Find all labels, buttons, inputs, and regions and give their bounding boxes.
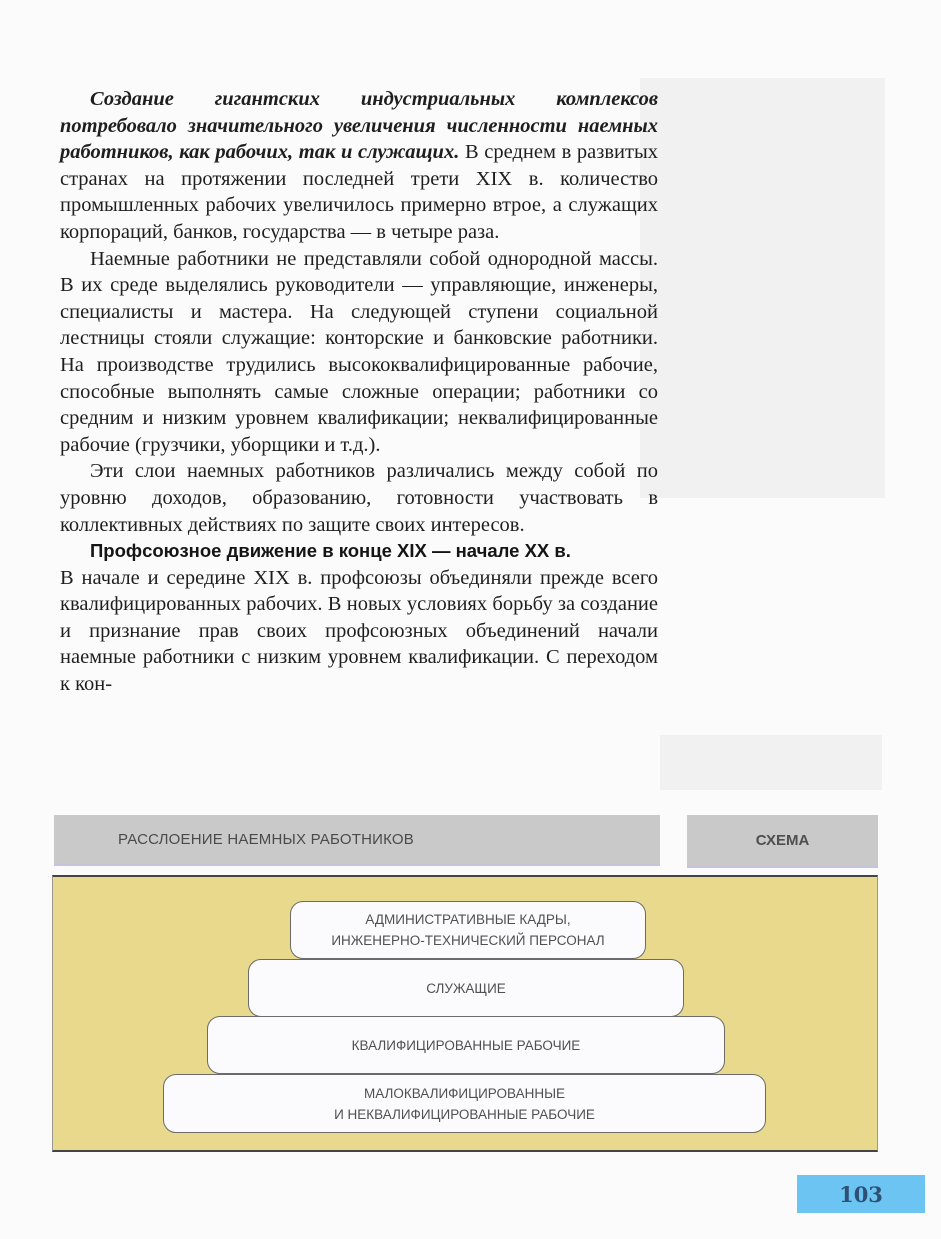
page-number: 103 — [797, 1175, 925, 1213]
diagram-title: РАССЛОЕНИЕ НАЕМНЫХ РАБОТНИКОВ — [118, 831, 414, 848]
paragraph-4: В начале и середине XIX в. профсоюзы объ… — [60, 565, 658, 698]
tier-label: АДМИНИСТРАТИВНЫЕ КАДРЫ, ИНЖЕНЕРНО-ТЕХНИЧ… — [331, 909, 604, 951]
body-text-column: Создание гигантских индустриальных компл… — [60, 86, 658, 698]
section-subheading: Профсоюзное движение в конце XIX — начал… — [60, 538, 658, 565]
tier-label: СЛУЖАЩИЕ — [426, 978, 506, 999]
paragraph-2: Наемные работники не представляли собой … — [60, 246, 658, 459]
pyramid-tier-employees: СЛУЖАЩИЕ — [248, 959, 684, 1017]
diagram-title-bar: РАССЛОЕНИЕ НАЕМНЫХ РАБОТНИКОВ — [54, 815, 660, 866]
tier-label: МАЛОКВАЛИФИЦИРОВАННЫЕ И НЕКВАЛИФИЦИРОВАН… — [334, 1083, 595, 1125]
scan-background-shade — [660, 735, 882, 790]
tier-label: КВАЛИФИЦИРОВАННЫЕ РАБОЧИЕ — [352, 1035, 581, 1056]
pyramid-tier-skilled-workers: КВАЛИФИЦИРОВАННЫЕ РАБОЧИЕ — [207, 1016, 725, 1074]
pyramid-tier-administrative: АДМИНИСТРАТИВНЫЕ КАДРЫ, ИНЖЕНЕРНО-ТЕХНИЧ… — [290, 901, 646, 959]
page-number-label: 103 — [839, 1182, 883, 1207]
scan-background-shade — [640, 78, 885, 498]
paragraph-1: Создание гигантских индустриальных компл… — [60, 86, 658, 246]
paragraph-3: Эти слои наемных работников различались … — [60, 458, 658, 538]
pyramid-diagram-panel: АДМИНИСТРАТИВНЫЕ КАДРЫ, ИНЖЕНЕРНО-ТЕХНИЧ… — [52, 875, 878, 1152]
diagram-type-badge: СХЕМА — [687, 815, 878, 868]
pyramid-tier-unskilled-workers: МАЛОКВАЛИФИЦИРОВАННЫЕ И НЕКВАЛИФИЦИРОВАН… — [163, 1074, 766, 1133]
diagram-type-label: СХЕМА — [756, 832, 810, 849]
